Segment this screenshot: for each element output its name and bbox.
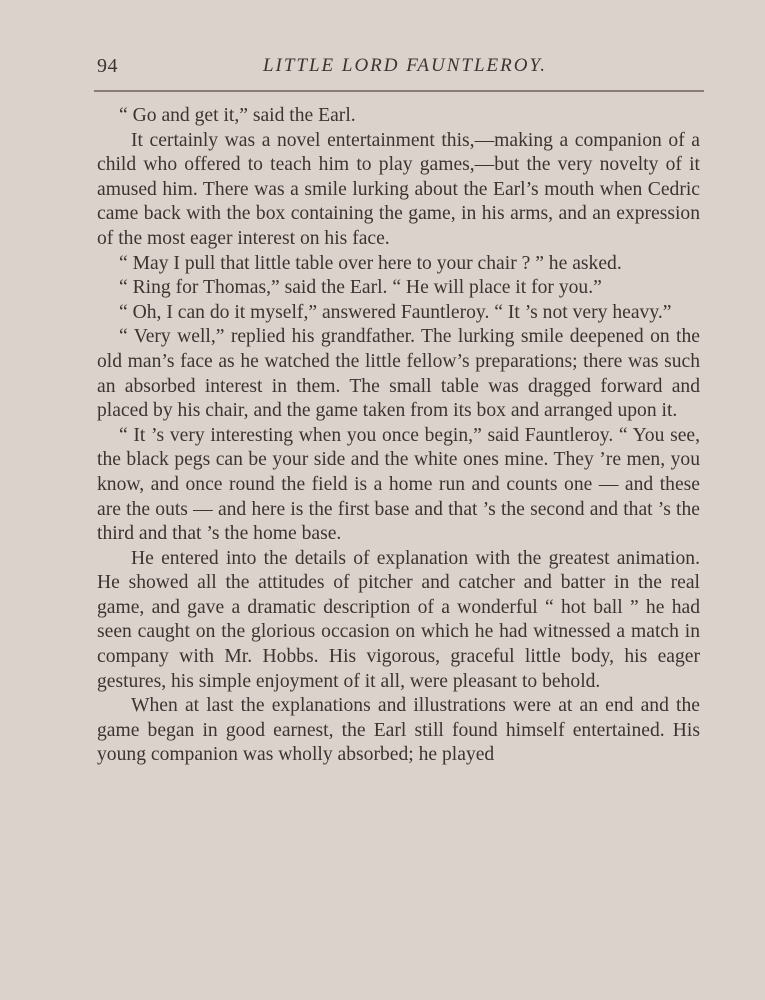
paragraph: “ Go and get it,” said the Earl. [97, 104, 700, 129]
page-header: 94 LITTLE LORD FAUNTLEROY. [95, 55, 705, 83]
paragraph: “ Oh, I can do it myself,” answered Faun… [97, 301, 700, 326]
paragraph: It certainly was a novel entertainment t… [97, 129, 700, 252]
body-text: “ Go and get it,” said the Earl. It cert… [97, 104, 700, 768]
paragraph: “ Very well,” replied his grandfather. T… [97, 325, 700, 423]
paragraph: When at last the explanations and illust… [97, 694, 700, 768]
paragraph: “ May I pull that little table over here… [97, 252, 700, 277]
paragraph: “ It ’s very interesting when you once b… [97, 424, 700, 547]
paragraph: “ Ring for Thomas,” said the Earl. “ He … [97, 276, 700, 301]
running-title: LITTLE LORD FAUNTLEROY. [95, 55, 705, 77]
header-rule [94, 90, 704, 92]
book-page: 94 LITTLE LORD FAUNTLEROY. “ Go and get … [0, 0, 765, 1000]
paragraph: He entered into the details of explanati… [97, 547, 700, 695]
